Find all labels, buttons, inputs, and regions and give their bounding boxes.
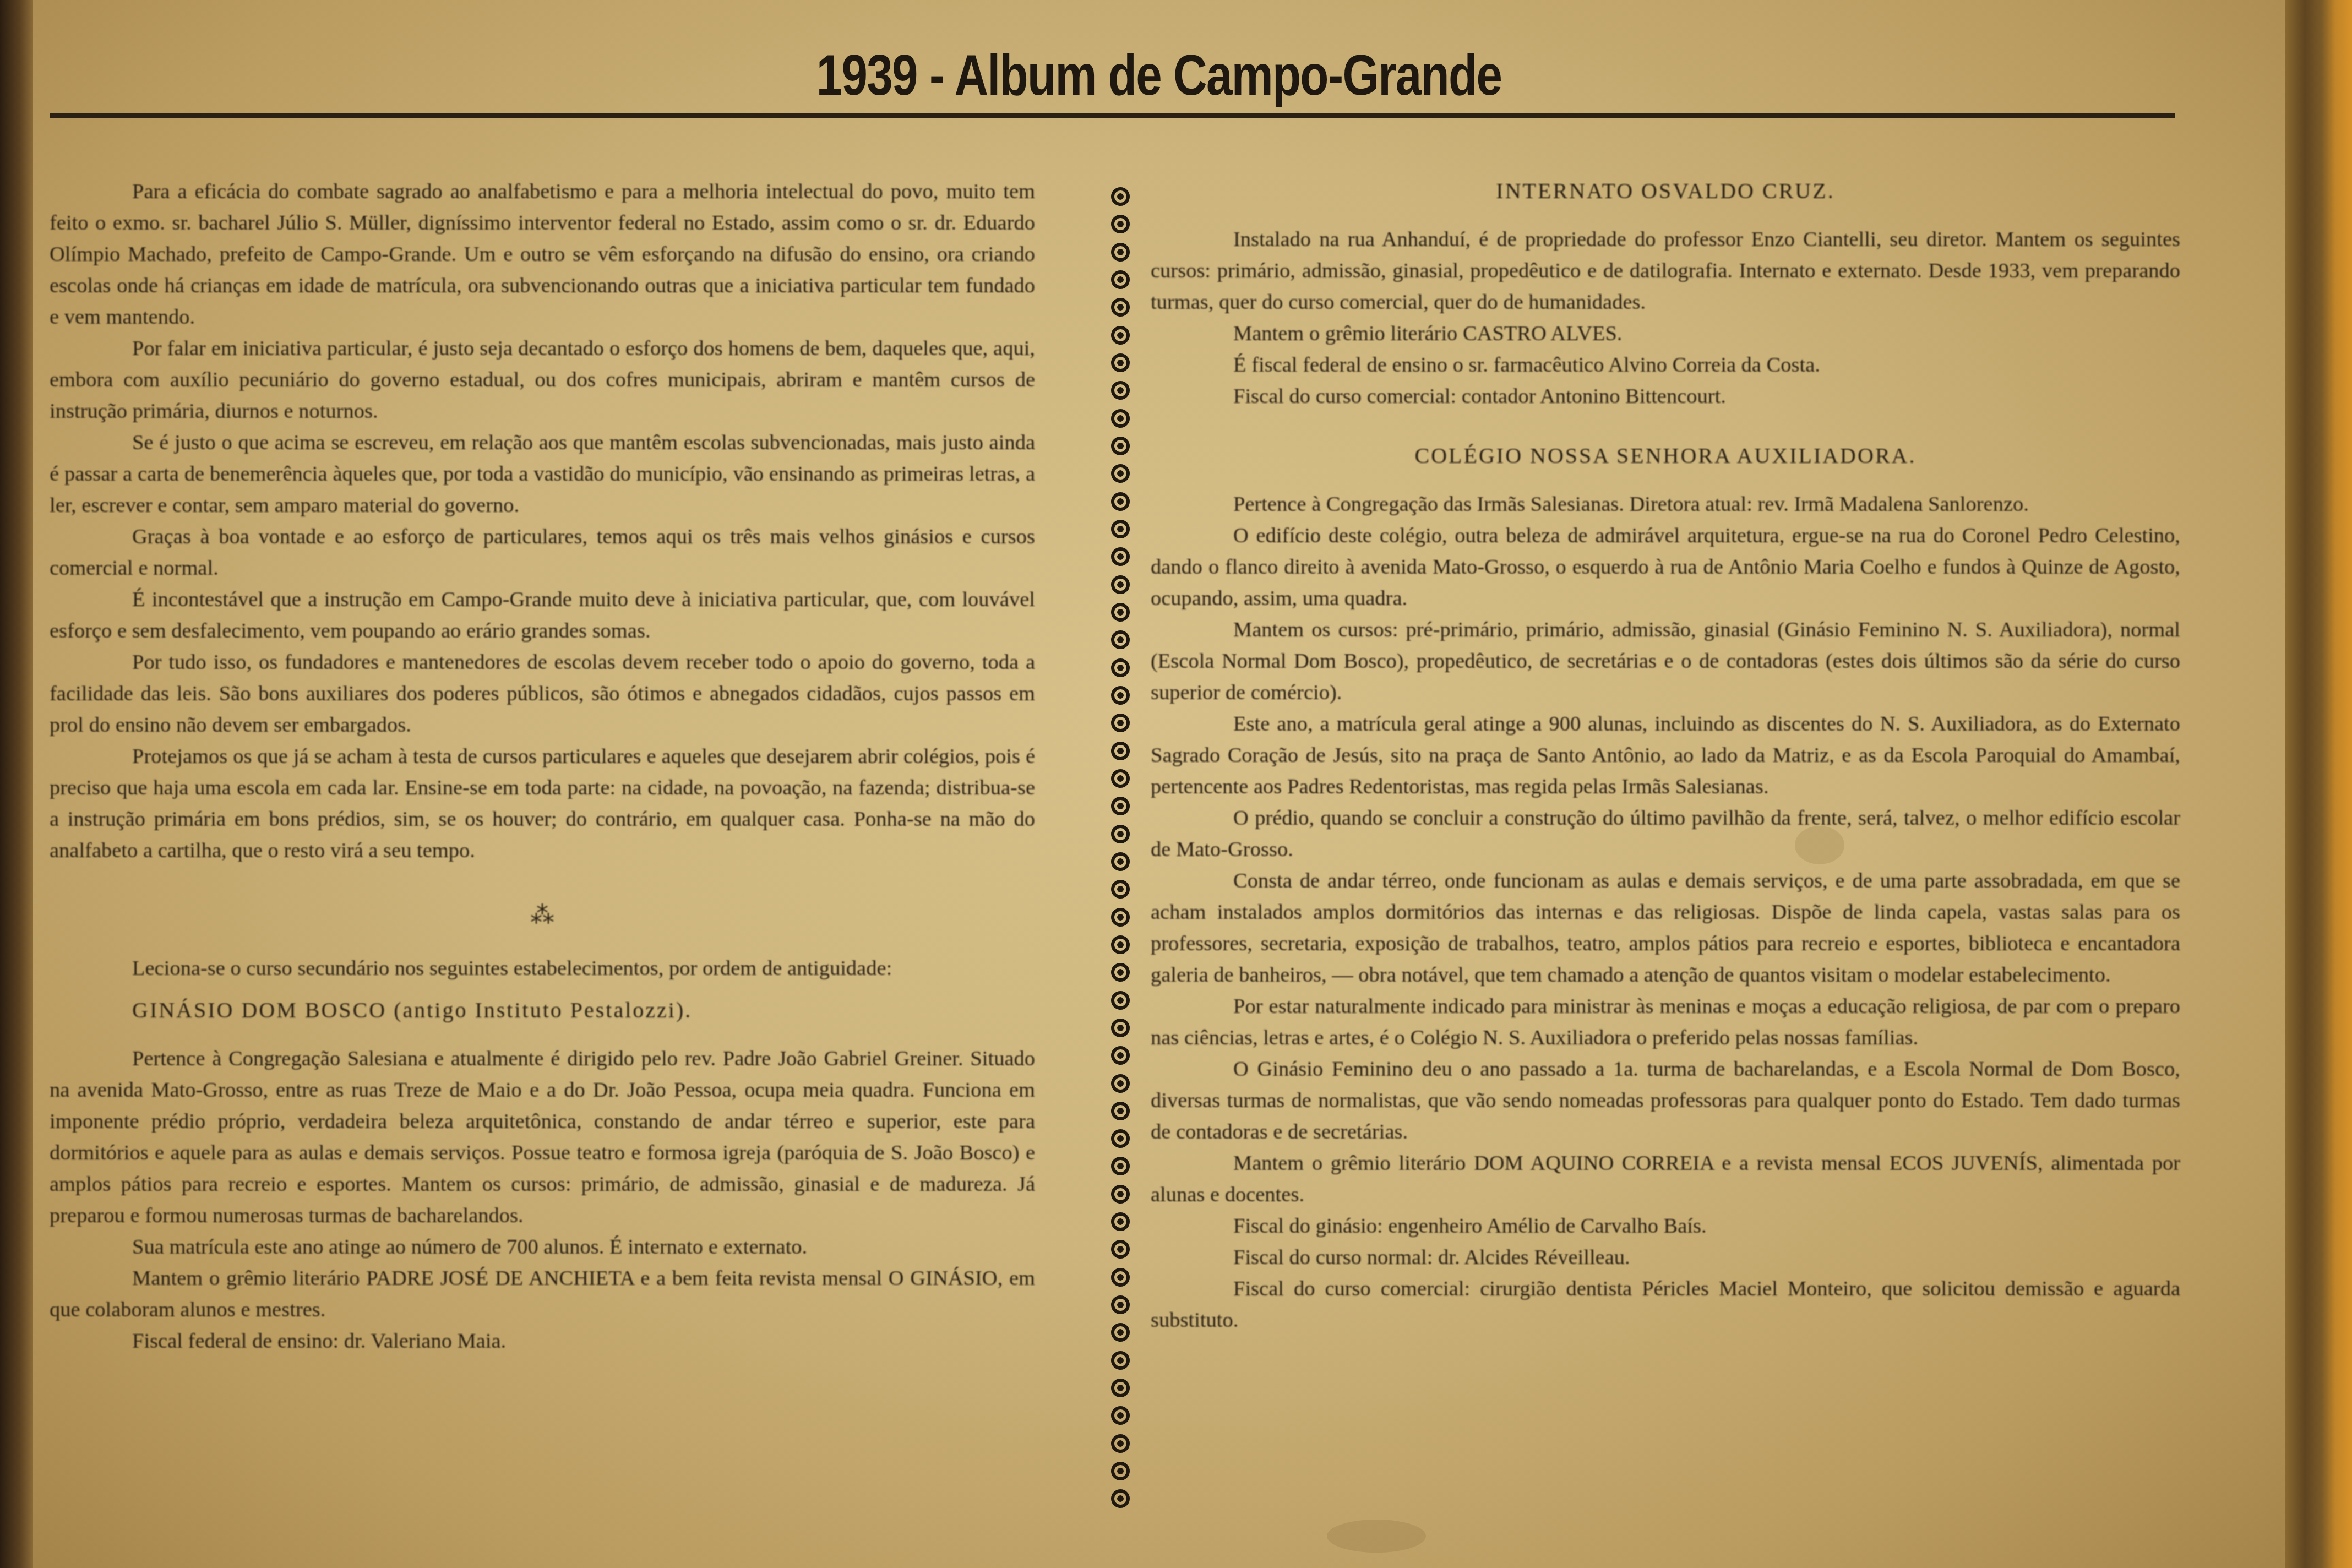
spiral-coil (1111, 1074, 1130, 1093)
paragraph: Protejamos os que já se acham à testa de… (50, 741, 1035, 867)
paragraph: Instalado na rua Anhanduí, é de propried… (1151, 224, 2180, 318)
paragraph: Fiscal do curso normal: dr. Alcides Réve… (1151, 1242, 2180, 1273)
spiral-coil (1111, 1323, 1130, 1342)
left-column: Para a eficácia do combate sagrado ao an… (50, 176, 1035, 1357)
spiral-coil (1111, 825, 1130, 843)
spiral-coil (1111, 1434, 1130, 1453)
spiral-coil (1111, 381, 1130, 400)
spiral-coil (1111, 797, 1130, 815)
paragraph: Graças à boa vontade e ao esforço de par… (50, 521, 1035, 584)
spiral-binding (1104, 187, 1137, 1509)
spiral-coil (1111, 1157, 1130, 1175)
spiral-coil (1111, 852, 1130, 871)
spiral-coil (1111, 187, 1130, 206)
section-heading: COLÉGIO NOSSA SENHORA AUXILIADORA. (1151, 440, 2180, 471)
paper-stain (1327, 1520, 1426, 1553)
spiral-coil (1111, 1240, 1130, 1259)
right-column: INTERNATO OSVALDO CRUZ.Instalado na rua … (1151, 165, 2180, 1336)
section-heading-ginasio-dom-bosco: GINÁSIO DOM BOSCO (antigo Instituto Pest… (132, 994, 1035, 1026)
paragraph: O prédio, quando se concluir a construçã… (1151, 803, 2180, 865)
section-separator: ⁂ (50, 900, 1035, 931)
spiral-coil (1111, 1268, 1130, 1287)
paragraph: Pertence à Congregação das Irmãs Salesia… (1151, 489, 2180, 520)
paragraph: É fiscal federal de ensino o sr. farmacê… (1151, 350, 2180, 381)
spiral-coil (1111, 908, 1130, 927)
paragraph: O Ginásio Feminino deu o ano passado a 1… (1151, 1054, 2180, 1148)
paragraph: Por falar em iniciativa particular, é ju… (50, 333, 1035, 427)
paragraph: Mantem o grêmio literário PADRE JOSÉ DE … (50, 1263, 1035, 1326)
paragraph: Para a eficácia do combate sagrado ao an… (50, 176, 1035, 333)
spiral-coil (1111, 575, 1130, 594)
spiral-coil (1111, 991, 1130, 1010)
secondary-intro: Leciona-se o curso secundário nos seguin… (50, 953, 1035, 984)
spiral-coil (1111, 769, 1130, 788)
paragraph: Fiscal do ginásio: engenheiro Amélio de … (1151, 1211, 2180, 1242)
spiral-coil (1111, 1489, 1130, 1508)
intro-paragraphs: Para a eficácia do combate sagrado ao an… (50, 176, 1035, 867)
paragraph: O edifício deste colégio, outra beleza d… (1151, 520, 2180, 614)
spiral-coil (1111, 464, 1130, 483)
paragraph: Pertence à Congregação Salesiana e atual… (50, 1043, 1035, 1232)
paragraph: Fiscal do curso comercial: cirurgião den… (1151, 1273, 2180, 1336)
spiral-coil (1111, 326, 1130, 345)
ginasio-dom-bosco-paragraphs: Pertence à Congregação Salesiana e atual… (50, 1043, 1035, 1357)
paragraph: Consta de andar térreo, onde funcionam a… (1151, 865, 2180, 991)
spiral-coil (1111, 1019, 1130, 1037)
spiral-coil (1111, 243, 1130, 262)
spiral-coil (1111, 630, 1130, 649)
spiral-coil (1111, 963, 1130, 982)
paragraph: Por estar naturalmente indicado para min… (1151, 991, 2180, 1054)
paragraph: Se é justo o que acima se escreveu, em r… (50, 427, 1035, 521)
paragraph: Fiscal do curso comercial: contador Anto… (1151, 381, 2180, 412)
spiral-coil (1111, 1379, 1130, 1397)
album-cover-edge (2285, 0, 2352, 1568)
spiral-coil (1111, 714, 1130, 732)
spiral-coil (1111, 1295, 1130, 1314)
paragraph: É incontestável que a instrução em Campo… (50, 584, 1035, 647)
spiral-coil (1111, 270, 1130, 289)
spiral-coil (1111, 935, 1130, 954)
spiral-coil (1111, 298, 1130, 317)
spiral-coil (1111, 658, 1130, 677)
paragraph: Este ano, a matrícula geral atinge a 900… (1151, 709, 2180, 803)
spiral-coil (1111, 1046, 1130, 1065)
spiral-coil (1111, 547, 1130, 566)
spiral-coil (1111, 492, 1130, 511)
spiral-coil (1111, 437, 1130, 455)
spiral-coil (1111, 1351, 1130, 1370)
paragraph: Mantem os cursos: pré-primário, primário… (1151, 614, 2180, 709)
spiral-coil (1111, 742, 1130, 760)
spiral-coil (1111, 1102, 1130, 1120)
page-title: 1939 - Album de Campo-Grande (236, 43, 2082, 108)
spiral-coil (1111, 1462, 1130, 1480)
section-heading: INTERNATO OSVALDO CRUZ. (1151, 175, 2180, 206)
left-page-edge (0, 0, 33, 1568)
paragraph: Fiscal federal de ensino: dr. Valeriano … (50, 1326, 1035, 1357)
spiral-coil (1111, 520, 1130, 538)
header-rule (50, 113, 2175, 118)
spiral-coil (1111, 353, 1130, 372)
paragraph: Por tudo isso, os fundadores e mantenedo… (50, 647, 1035, 741)
spiral-coil (1111, 603, 1130, 622)
paragraph: Mantem o grêmio literário DOM AQUINO COR… (1151, 1148, 2180, 1211)
paragraph: Sua matrícula este ano atinge ao número … (50, 1232, 1035, 1263)
spiral-coil (1111, 1406, 1130, 1425)
spiral-coil (1111, 215, 1130, 233)
album-page: 1939 - Album de Campo-Grande Para a efic… (33, 0, 2285, 1568)
spiral-coil (1111, 686, 1130, 705)
spiral-coil (1111, 1212, 1130, 1231)
paragraph: Mantem o grêmio literário CASTRO ALVES. (1151, 318, 2180, 350)
spiral-coil (1111, 1185, 1130, 1204)
spiral-coil (1111, 1129, 1130, 1148)
spiral-coil (1111, 409, 1130, 428)
spiral-coil (1111, 880, 1130, 899)
